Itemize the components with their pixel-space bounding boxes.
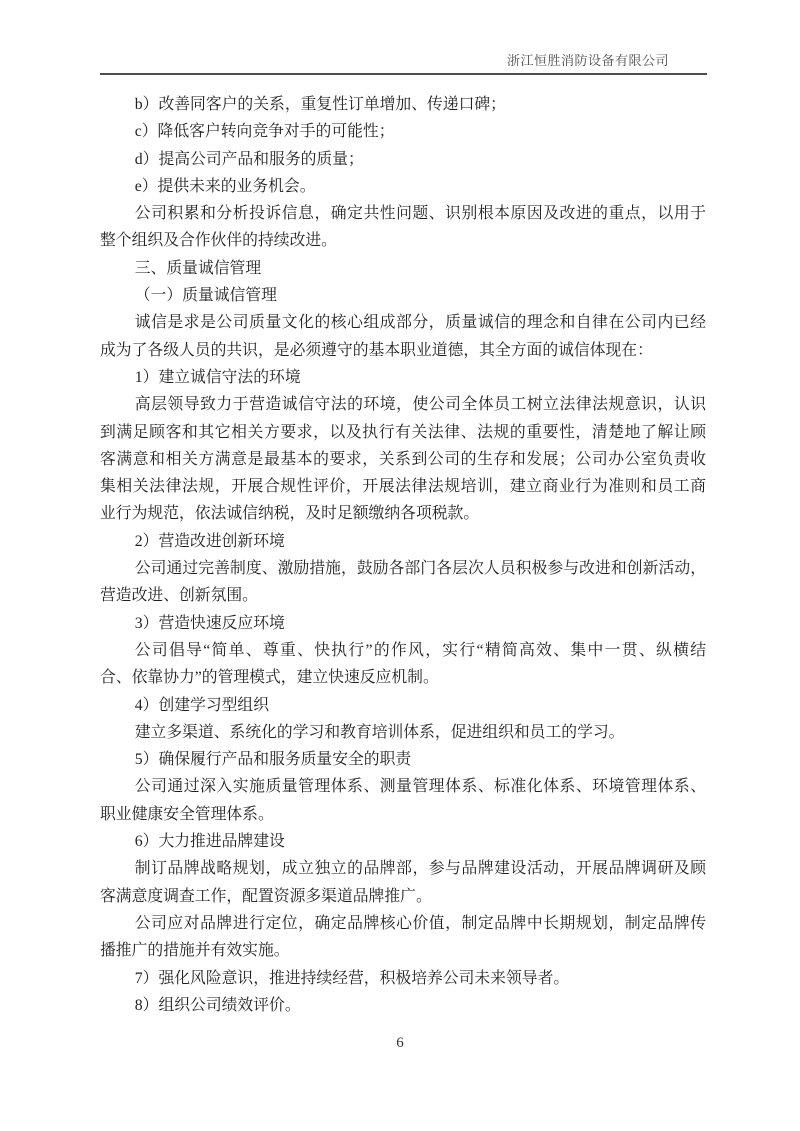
text-line: 诚信是求是公司质量文化的核心组成部分，质量诚信的理念和自律在公司内已经 (100, 309, 706, 336)
paragraph: 三、质量诚信管理 (100, 255, 706, 282)
text-line: 营造改进、创新氛围。 (100, 582, 706, 609)
page-header: 浙江恒胜消防设备有限公司 (100, 0, 707, 75)
text-line: b）改善同客户的关系，重复性订单增加、传递口碑； (100, 91, 706, 118)
text-line: 整个组织及合作伙伴的持续改进。 (100, 227, 706, 254)
paragraph: e）提供未来的业务机会。 (100, 173, 706, 200)
paragraph: 诚信是求是公司质量文化的核心组成部分，质量诚信的理念和自律在公司内已经成为了各级… (100, 309, 706, 364)
paragraph: 2）营造改进创新环境 (100, 528, 706, 555)
paragraph: 公司应对品牌进行定位，确定品牌核心价值，制定品牌中长期规划，制定品牌传播推广的措… (100, 910, 706, 965)
text-line: 8）组织公司绩效评价。 (100, 992, 706, 1019)
text-line: 合、依靠协力”的管理模式，建立快速反应机制。 (100, 664, 706, 691)
paragraph: 3）营造快速反应环境 (100, 610, 706, 637)
text-line: e）提供未来的业务机会。 (100, 173, 706, 200)
text-line: 公司倡导“简单、尊重、快执行”的作风，实行“精简高效、集中一贯、纵横结 (100, 637, 706, 664)
paragraph: 公司通过深入实施质量管理体系、测量管理体系、标准化体系、环境管理体系、职业健康安… (100, 773, 706, 828)
text-line: 5）确保履行产品和服务质量安全的职责 (100, 746, 706, 773)
paragraph: 6）大力推进品牌建设 (100, 828, 706, 855)
paragraph: 制订品牌战略规划，成立独立的品牌部，参与品牌建设活动，开展品牌调研及顾客满意度调… (100, 855, 706, 910)
paragraph: 公司积累和分析投诉信息，确定共性问题、识别根本原因及改进的重点，以用于整个组织及… (100, 200, 706, 255)
text-line: 高层领导致力于营造诚信守法的环境，使公司全体员工树立法律法规意识，认识 (100, 391, 706, 418)
text-line: 1）建立诚信守法的环境 (100, 364, 706, 391)
text-line: 到满足顾客和其它相关方要求，以及执行有关法律、法规的重要性，清楚地了解让顾 (100, 419, 706, 446)
text-line: 7）强化风险意识，推进持续经营，积极培养公司未来领导者。 (100, 965, 706, 992)
text-line: d）提高公司产品和服务的质量； (100, 146, 706, 173)
text-line: 成为了各级人员的共识，是必须遵守的基本职业道德，其全方面的诚信体现在： (100, 337, 706, 364)
text-line: 集相关法律法规，开展合规性评价，开展法律法规培训，建立商业行为准则和员工商 (100, 473, 706, 500)
paragraph: 4）创建学习型组织 (100, 692, 706, 719)
text-line: 公司应对品牌进行定位，确定品牌核心价值，制定品牌中长期规划，制定品牌传 (100, 910, 706, 937)
text-line: 3）营造快速反应环境 (100, 610, 706, 637)
company-name: 浙江恒胜消防设备有限公司 (100, 52, 707, 69)
text-line: 公司通过深入实施质量管理体系、测量管理体系、标准化体系、环境管理体系、 (100, 773, 706, 800)
paragraph: 8）组织公司绩效评价。 (100, 992, 706, 1019)
page-number: 6 (0, 1035, 800, 1052)
paragraph: 建立多渠道、系统化的学习和教育培训体系，促进组织和员工的学习。 (100, 719, 706, 746)
text-line: 公司通过完善制度、激励措施，鼓励各部门各层次人员积极参与改进和创新活动， (100, 555, 706, 582)
paragraph: 公司倡导“简单、尊重、快执行”的作风，实行“精简高效、集中一贯、纵横结合、依靠协… (100, 637, 706, 692)
paragraph: 高层领导致力于营造诚信守法的环境，使公司全体员工树立法律法规意识，认识到满足顾客… (100, 391, 706, 527)
text-line: 业行为规范，依法诚信纳税，及时足额缴纳各项税款。 (100, 500, 706, 527)
paragraph: 1）建立诚信守法的环境 (100, 364, 706, 391)
text-line: 职业健康安全管理体系。 (100, 801, 706, 828)
text-line: 6）大力推进品牌建设 (100, 828, 706, 855)
text-line: 公司积累和分析投诉信息，确定共性问题、识别根本原因及改进的重点，以用于 (100, 200, 706, 227)
document-page: 浙江恒胜消防设备有限公司 b）改善同客户的关系，重复性订单增加、传递口碑；c）降… (0, 0, 800, 1131)
document-content: b）改善同客户的关系，重复性订单增加、传递口碑；c）降低客户转向竞争对手的可能性… (100, 75, 706, 1019)
text-line: c）降低客户转向竞争对手的可能性； (100, 118, 706, 145)
paragraph: d）提高公司产品和服务的质量； (100, 146, 706, 173)
text-line: 客满意和相关方满意是最基本的要求，关系到公司的生存和发展；公司办公室负责收 (100, 446, 706, 473)
paragraph: 7）强化风险意识，推进持续经营，积极培养公司未来领导者。 (100, 965, 706, 992)
text-line: 客满意度调查工作，配置资源多渠道品牌推广。 (100, 883, 706, 910)
paragraph: 公司通过完善制度、激励措施，鼓励各部门各层次人员积极参与改进和创新活动，营造改进… (100, 555, 706, 610)
paragraph: b）改善同客户的关系，重复性订单增加、传递口碑； (100, 91, 706, 118)
text-line: （一）质量诚信管理 (100, 282, 706, 309)
paragraph: c）降低客户转向竞争对手的可能性； (100, 118, 706, 145)
text-line: 播推广的措施并有效实施。 (100, 937, 706, 964)
text-line: 三、质量诚信管理 (100, 255, 706, 282)
paragraph: （一）质量诚信管理 (100, 282, 706, 309)
text-line: 制订品牌战略规划，成立独立的品牌部，参与品牌建设活动，开展品牌调研及顾 (100, 855, 706, 882)
text-line: 建立多渠道、系统化的学习和教育培训体系，促进组织和员工的学习。 (100, 719, 706, 746)
paragraph: 5）确保履行产品和服务质量安全的职责 (100, 746, 706, 773)
text-line: 2）营造改进创新环境 (100, 528, 706, 555)
text-line: 4）创建学习型组织 (100, 692, 706, 719)
